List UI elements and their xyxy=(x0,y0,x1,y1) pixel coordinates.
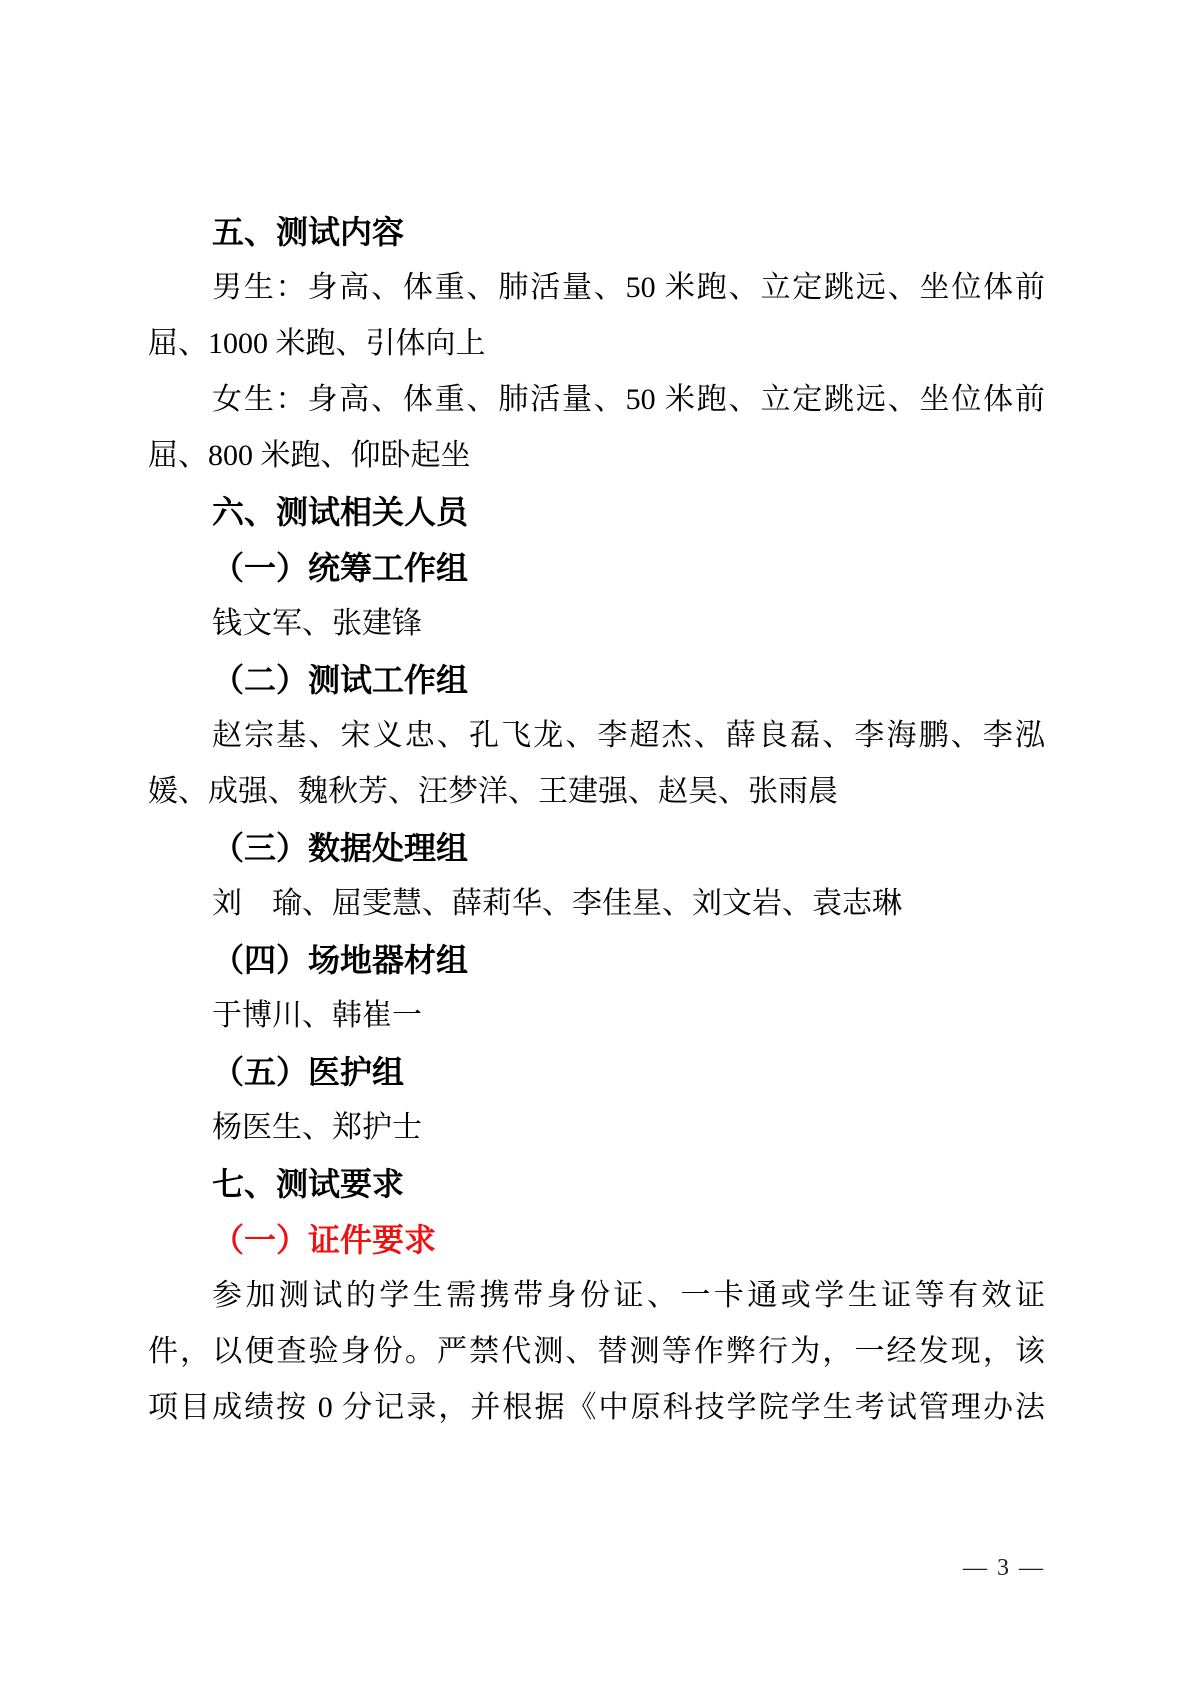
heading-section-6: 六、测试相关人员 xyxy=(148,484,1045,540)
heading-group-5-medical: （五）医护组 xyxy=(148,1044,1045,1100)
document-page: 五、测试内容男生：身高、体重、肺活量、50 米跑、立定跳远、坐位体前屈、1000… xyxy=(0,0,1191,1684)
document-body: 五、测试内容男生：身高、体重、肺活量、50 米跑、立定跳远、坐位体前屈、1000… xyxy=(148,204,1045,1436)
heading-group-2-testing: （二）测试工作组 xyxy=(148,652,1045,708)
page-number: — 3 — xyxy=(963,1552,1045,1584)
heading-group-3-data: （三）数据处理组 xyxy=(148,820,1045,876)
para-female-items-line-2: 屈、800 米跑、仰卧起坐 xyxy=(148,428,1045,484)
heading-section-7: 七、测试要求 xyxy=(148,1156,1045,1212)
para-group-2-members-line-2: 媛、成强、魏秋芳、汪梦洋、王建强、赵昊、张雨晨 xyxy=(148,764,1045,820)
para-cert-line-3: 项目成绩按 0 分记录，并根据《中原科技学院学生考试管理办法 xyxy=(148,1380,1045,1436)
heading-group-4-venue: （四）场地器材组 xyxy=(148,932,1045,988)
para-group-4-members: 于博川、韩崔一 xyxy=(148,988,1045,1044)
para-group-5-members: 杨医生、郑护士 xyxy=(148,1100,1045,1156)
para-female-items-line-1: 女生：身高、体重、肺活量、50 米跑、立定跳远、坐位体前 xyxy=(148,372,1045,428)
para-cert-line-2: 件，以便查验身份。严禁代测、替测等作弊行为，一经发现，该 xyxy=(148,1324,1045,1380)
para-group-3-members: 刘 瑜、屈雯慧、薛莉华、李佳星、刘文岩、袁志琳 xyxy=(148,876,1045,932)
heading-group-1-coordination: （一）统筹工作组 xyxy=(148,540,1045,596)
para-cert-line-1: 参加测试的学生需携带身份证、一卡通或学生证等有效证 xyxy=(148,1268,1045,1324)
heading-cert-requirement: （一）证件要求 xyxy=(148,1212,1045,1268)
para-male-items-line-1: 男生：身高、体重、肺活量、50 米跑、立定跳远、坐位体前 xyxy=(148,260,1045,316)
para-male-items-line-2: 屈、1000 米跑、引体向上 xyxy=(148,316,1045,372)
para-group-1-members: 钱文军、张建锋 xyxy=(148,596,1045,652)
heading-section-5: 五、测试内容 xyxy=(148,204,1045,260)
para-group-2-members-line-1: 赵宗基、宋义忠、孔飞龙、李超杰、薛良磊、李海鹏、李泓 xyxy=(148,708,1045,764)
